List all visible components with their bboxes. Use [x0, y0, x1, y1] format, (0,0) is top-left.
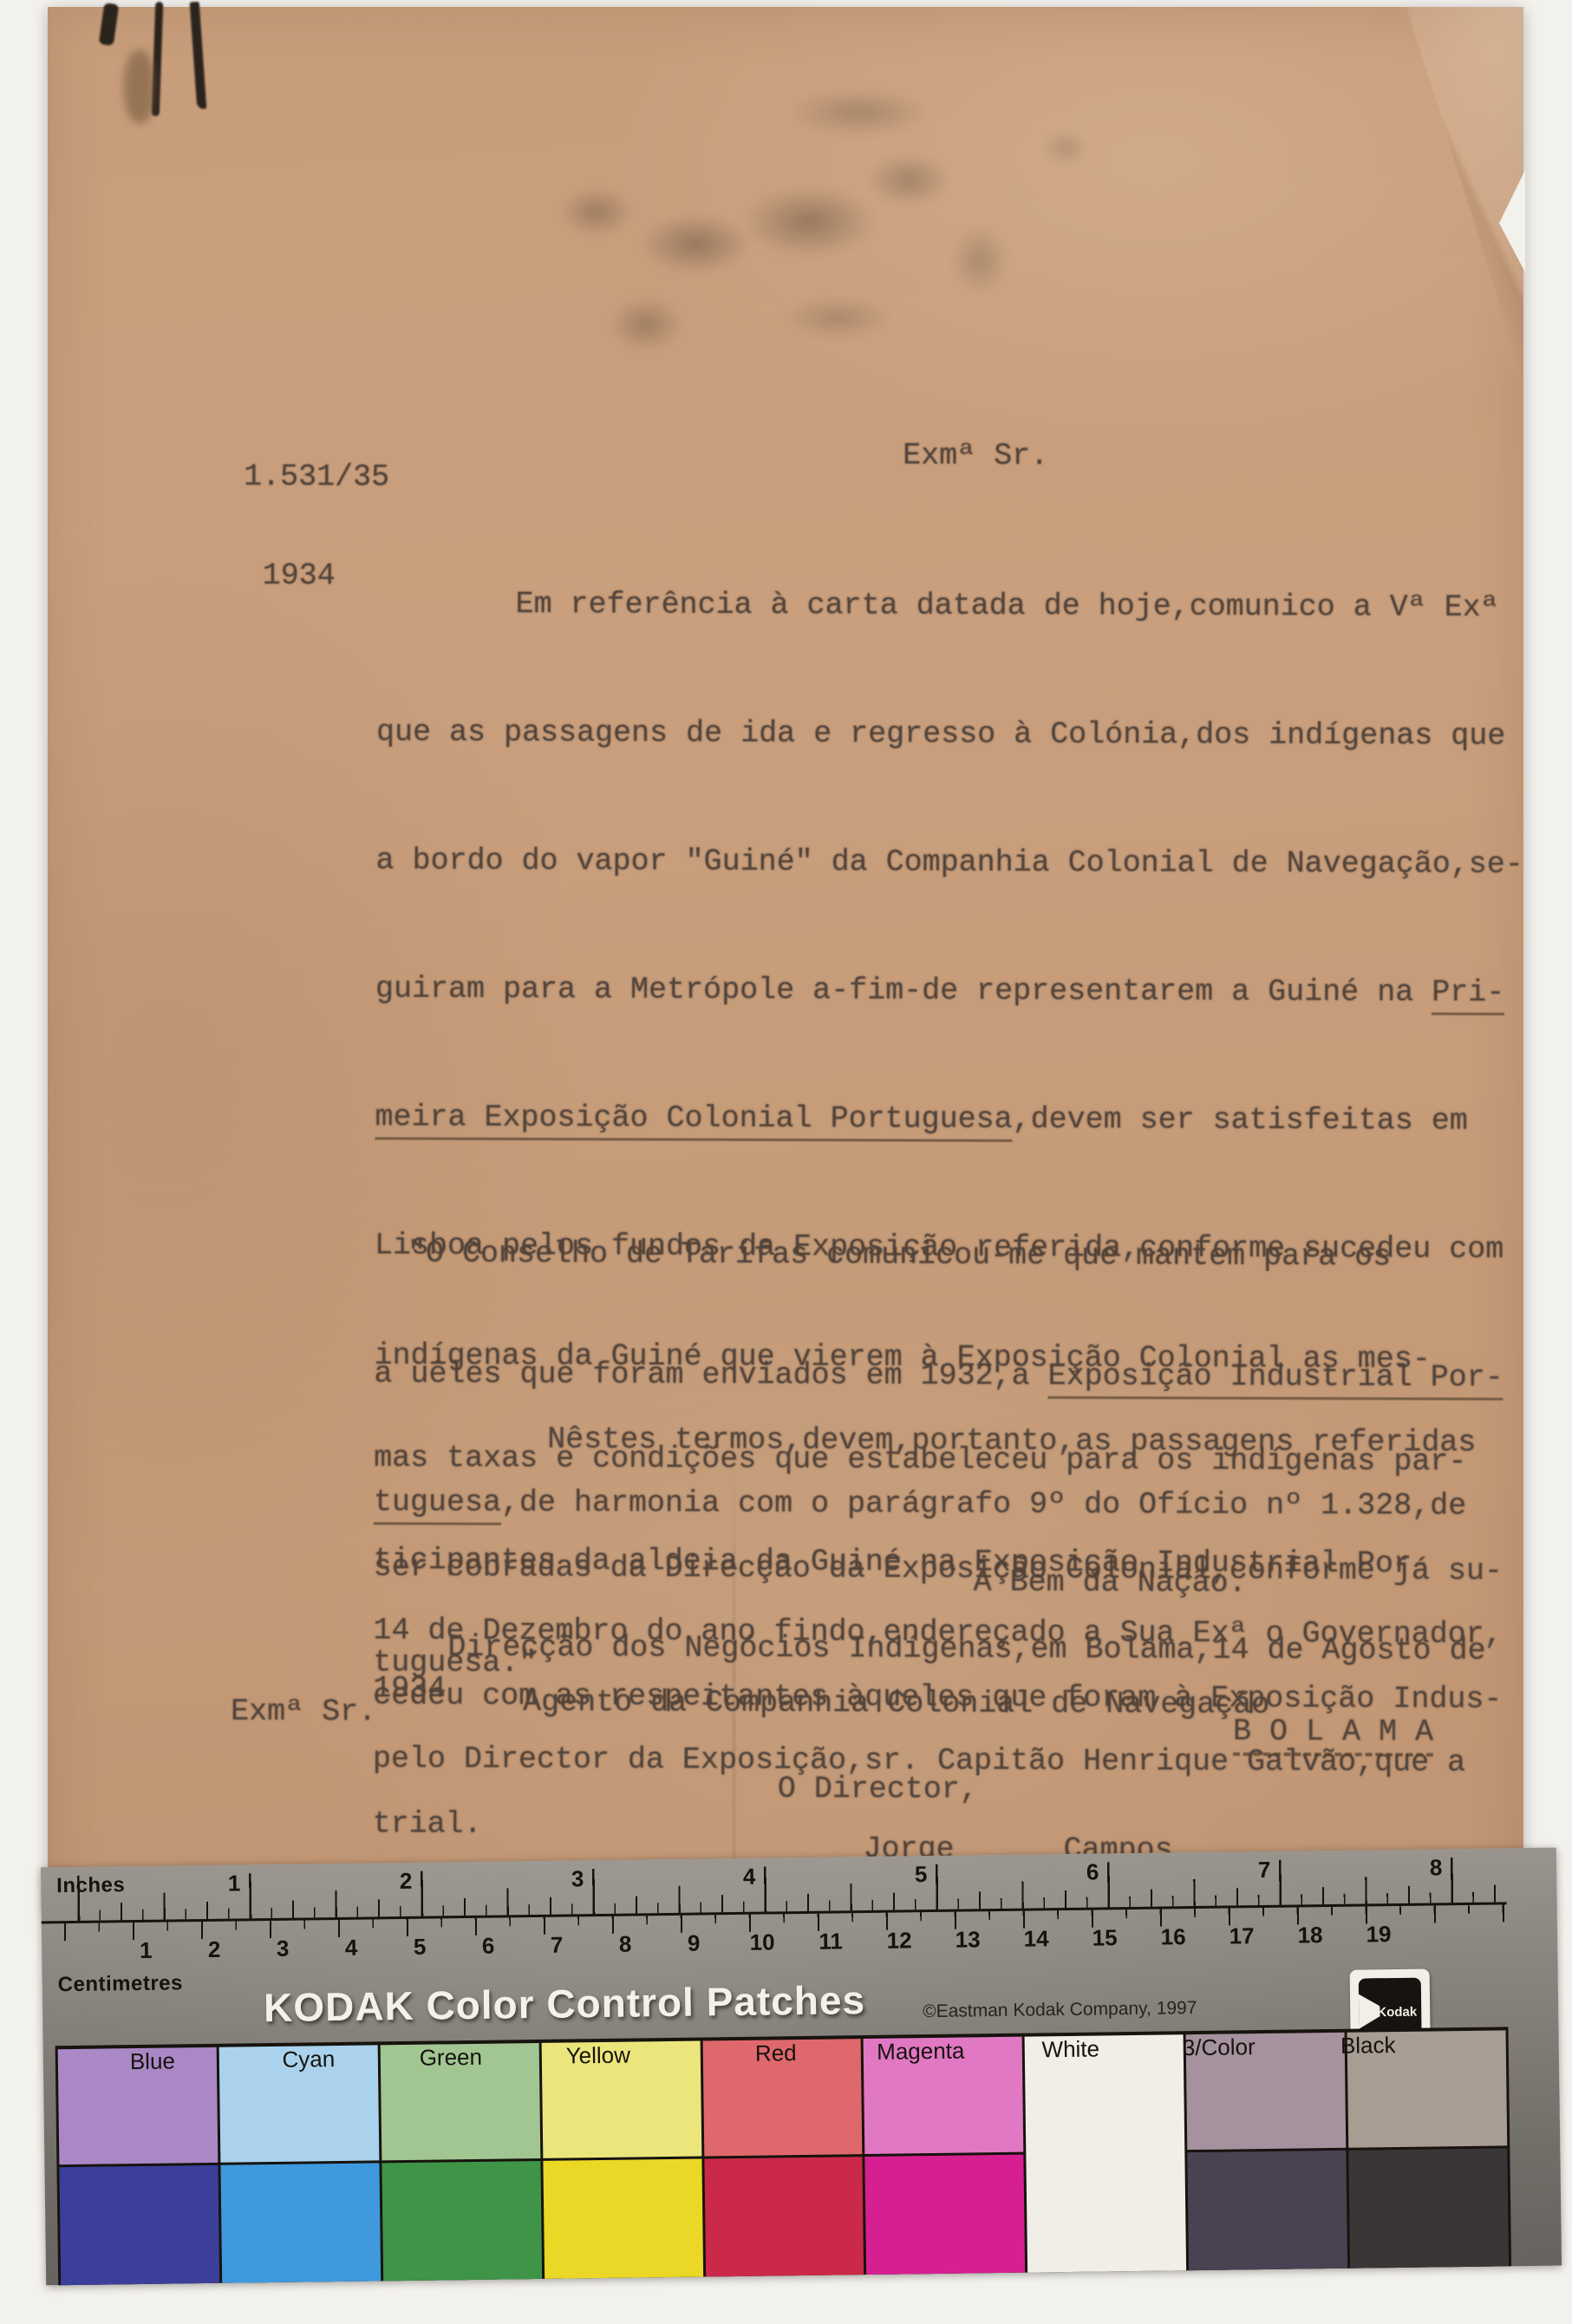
- cm-number: 13: [955, 1926, 980, 1953]
- patch-cell-dark: [1188, 2151, 1348, 2270]
- kodak-color-card: Inches 12345678 123456789101112131415161…: [41, 1848, 1562, 2286]
- inch-number: 5: [915, 1861, 928, 1888]
- reference-number: 1.531/35 1934: [243, 390, 389, 658]
- inches-label: Inches: [56, 1873, 125, 1898]
- patch-label-cyan: Cyan: [282, 2046, 335, 2073]
- scanned-letter-page: 1.531/35 1934 Exmª Sr. Em referência à c…: [0, 0, 1572, 2324]
- patch-column-green: [380, 2043, 541, 2281]
- cm-number: 2: [208, 1936, 221, 1963]
- addressee: Exmª Sr.: [231, 1694, 376, 1730]
- text-line: guiram para a Metrópole a-fim-de represe…: [375, 971, 1523, 1035]
- text-line: ser cobradas da Direcção da Exposição Co…: [374, 1550, 1503, 1613]
- patch-cell-dark: [382, 2161, 542, 2281]
- patch-column-magenta: [864, 2037, 1025, 2275]
- patch-column-white: [1025, 2034, 1186, 2272]
- cm-number: 9: [688, 1930, 701, 1957]
- ref-year: 1934: [244, 558, 389, 589]
- centimetres-label: Centimetres: [58, 1971, 184, 1997]
- salutation: Exmª Sr.: [903, 438, 1048, 473]
- cm-number: 5: [414, 1934, 427, 1961]
- department-line: Direcção dos Negócios Indígenas,em Bolam…: [447, 1630, 1485, 1668]
- cm-number: 1: [140, 1937, 153, 1964]
- text-line: Nêstes termos,devem,portanto,as passagen…: [374, 1421, 1503, 1485]
- inch-number: 4: [743, 1864, 756, 1890]
- agent-line: Agento da Companhia Colonial de Navegaçã…: [523, 1685, 1269, 1722]
- patch-label-red: Red: [755, 2040, 797, 2067]
- patch-column-cyan: [219, 2045, 381, 2282]
- patch-label-blue: Blue: [130, 2047, 175, 2075]
- cm-number: 8: [619, 1931, 632, 1958]
- cm-number: 14: [1023, 1925, 1048, 1952]
- text-line: a bordo do vapor "Guiné" da Companhia Co…: [375, 843, 1523, 906]
- patch-column-yellow: [541, 2041, 702, 2279]
- svg-text:Kodak: Kodak: [1377, 2005, 1418, 2020]
- cm-number: 17: [1229, 1923, 1254, 1949]
- copyright-text: ©Eastman Kodak Company, 1997: [923, 1998, 1197, 2022]
- cm-number: 15: [1092, 1924, 1117, 1951]
- cm-number: 19: [1366, 1921, 1391, 1948]
- cm-number: 3: [277, 1936, 290, 1962]
- patch-column-blue: [58, 2047, 219, 2285]
- patch-label-3-color: 3/Color: [1183, 2033, 1256, 2061]
- cm-number: 6: [482, 1933, 495, 1960]
- patch-label-white: White: [1041, 2035, 1099, 2063]
- inch-number: 7: [1258, 1857, 1271, 1883]
- inch-number: 1: [228, 1870, 241, 1896]
- text-line: que as passagens de ida e regresso à Col…: [376, 715, 1523, 778]
- patch-column-red: [702, 2039, 864, 2276]
- patch-label-black: Black: [1340, 2032, 1396, 2060]
- text-line: meira Exposição Colonial Portuguesa,deve…: [375, 1100, 1522, 1163]
- card-title: KODAK Color Control Patches: [264, 1976, 866, 2031]
- text-line: Em referência à carta datada de hoje,com…: [376, 586, 1523, 650]
- inch-number: 3: [571, 1865, 584, 1892]
- patch-column-black: [1347, 2030, 1509, 2268]
- patch-cell-dark: [704, 2157, 864, 2276]
- cm-number: 18: [1297, 1922, 1322, 1949]
- cm-number: 10: [749, 1929, 774, 1955]
- patch-cell-dark: [59, 2165, 219, 2285]
- closing-year: 1934: [373, 1671, 446, 1706]
- quote-line: "O Conselho de Tarifas comunicou-me que …: [375, 1236, 1467, 1272]
- patch-cell-dark: [543, 2159, 703, 2279]
- director-line: O Director,: [778, 1772, 978, 1807]
- patch-column-3-color: [1186, 2033, 1347, 2270]
- place-name: B O L A M A: [1233, 1714, 1433, 1757]
- patch-cell-dark: [865, 2155, 1026, 2275]
- valediction: A Bem da Nação.: [974, 1565, 1247, 1601]
- patch-cell-dark: [1348, 2148, 1509, 2268]
- inch-number: 2: [400, 1868, 413, 1895]
- patch-label-green: Green: [419, 2044, 482, 2072]
- inch-number: 6: [1086, 1858, 1099, 1885]
- cm-number: 11: [819, 1928, 843, 1955]
- letter-paper: 1.531/35 1934 Exmª Sr. Em referência à c…: [48, 7, 1523, 1911]
- letter-body: 1.531/35 1934 Exmª Sr. Em referência à c…: [41, 4, 1523, 1914]
- patch-label-yellow: Yellow: [566, 2042, 631, 2070]
- cm-number: 12: [886, 1927, 911, 1954]
- cm-number: 4: [345, 1935, 358, 1962]
- patch-cell-dark: [220, 2163, 381, 2282]
- cm-number: 7: [551, 1932, 564, 1959]
- patch-label-magenta: Magenta: [877, 2038, 965, 2066]
- inch-number: 8: [1430, 1854, 1443, 1881]
- ref-line: 1.531/35: [244, 460, 389, 490]
- cm-number: 16: [1160, 1923, 1185, 1950]
- patch-cell: [1025, 2034, 1186, 2272]
